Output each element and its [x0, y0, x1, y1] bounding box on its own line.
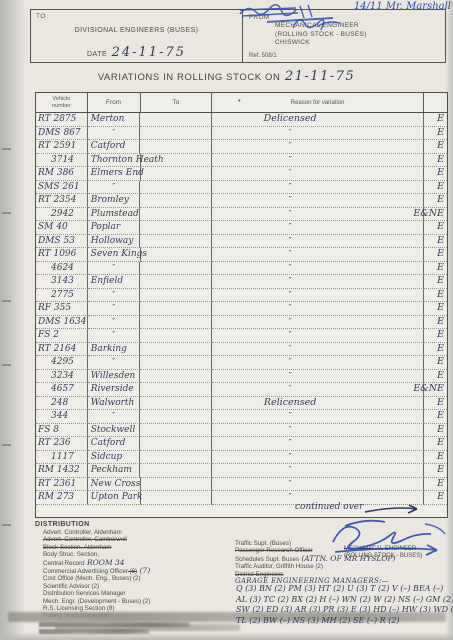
table-header-row: Vehicle number From To • Reason for vari…: [36, 93, 447, 113]
to-garage: [140, 221, 212, 235]
to-garage: [140, 208, 212, 222]
reason-for-variation: ″: [212, 316, 424, 330]
vehicle-number: RM 1432: [36, 464, 88, 478]
table-row: RF 355″″E: [36, 302, 447, 316]
date-row: DATE 24-11-75: [31, 43, 242, 61]
variation-code: E&NE: [424, 383, 447, 397]
distribution-item: Mech. Engr. (Development - Buses) (2): [35, 598, 235, 605]
table-row: DMS 53Holloway″E: [36, 235, 447, 249]
from-garage: New Cross: [88, 478, 141, 492]
from-garage: Barking: [88, 343, 141, 357]
from-garage: Upton Park: [88, 491, 141, 505]
variation-code: E: [424, 424, 447, 438]
to-garage: [140, 140, 212, 154]
vehicle-number: FS 2: [36, 329, 88, 343]
to-garage: [141, 478, 213, 492]
variation-code: E: [424, 343, 447, 357]
from-garage: Walworth: [88, 397, 141, 411]
reason-for-variation: ″: [212, 343, 424, 357]
table-row: 3143Enfield″E: [36, 275, 447, 289]
to-garage: [140, 194, 212, 208]
vehicle-number: SM 40: [36, 221, 88, 235]
distribution-item: Advert. Controller, Aldenham: [35, 529, 235, 536]
reason-for-variation: ″: [212, 383, 424, 397]
variation-code: E: [424, 127, 447, 141]
reason-for-variation: ″: [212, 478, 424, 492]
variation-code: E: [424, 478, 447, 492]
reason-for-variation: ″: [212, 275, 424, 289]
table-row: RT 236Catford″E: [36, 437, 447, 451]
reason-for-variation: ″: [212, 248, 424, 262]
variation-code: E: [424, 289, 447, 303]
variation-code: E: [424, 356, 447, 370]
from-garage: Elmers End: [88, 167, 141, 181]
vehicle-number: RT 2361: [36, 478, 88, 492]
reason-for-variation: ″: [212, 127, 424, 141]
reason-for-variation: ″: [212, 356, 424, 370]
from-garage: ″: [88, 356, 141, 370]
binding-mark: [2, 524, 11, 526]
from-garage: Catford: [88, 437, 141, 451]
distribution-item: Scientific Advisor (2): [35, 583, 235, 590]
distribution-item: Body Struc. Section,: [35, 551, 235, 558]
reason-for-variation: ″: [212, 140, 424, 154]
variation-code: E: [424, 221, 447, 235]
from-line3: CHISWICK: [275, 39, 367, 48]
variation-code: E: [424, 329, 447, 343]
to-garage: [140, 275, 212, 289]
to-garage: [140, 424, 212, 438]
variation-code: E: [424, 410, 447, 424]
table-row: 3714Thornton Heath″E: [36, 154, 447, 168]
ink-scribble-top: [238, 2, 328, 22]
to-garage: [140, 397, 212, 411]
top-annotation: 14/11 Mr. Marshall: [238, 0, 453, 30]
distribution-item: Cost Office (Mech. Eng., Buses) (2): [35, 575, 235, 582]
reason-for-variation: ″: [212, 194, 424, 208]
reason-for-variation: ″: [212, 437, 424, 451]
variation-code: E: [424, 316, 447, 330]
vehicle-number: 1117: [36, 451, 88, 465]
header-bullet-mark: •: [238, 98, 240, 105]
distribution-title: DISTRIBUTION: [35, 521, 235, 528]
to-garage: [140, 181, 212, 195]
reason-for-variation: Relicensed: [212, 397, 424, 411]
from-garage: Holloway: [88, 235, 141, 249]
column-header-code: [424, 93, 447, 112]
to-garage: [140, 316, 212, 330]
variation-code: E: [424, 370, 447, 384]
to-recipient: DIVISIONAL ENGINEERS (BUSES): [31, 27, 242, 34]
from-garage: Catford: [88, 140, 141, 154]
table-row: 2775″″E: [36, 289, 447, 303]
to-garage: [140, 329, 212, 343]
to-garage: [140, 127, 212, 141]
from-garage: Poplar: [88, 221, 141, 235]
from-garage: Enfield: [88, 275, 141, 289]
vehicle-number: 2942: [36, 208, 88, 222]
reason-for-variation: ″: [212, 410, 424, 424]
table-row: 4657Riverside″E&NE: [36, 383, 447, 397]
to-garage: [140, 437, 212, 451]
vehicle-number: DMS 867: [36, 127, 88, 141]
from-garage: Willesden: [88, 370, 141, 384]
garage-code-line: AL (3) TC (2) BX (2) H (–) WN (2) W (2) …: [236, 595, 452, 606]
vehicle-number: 4657: [36, 383, 88, 397]
table-row: SM 40Poplar″E: [36, 221, 447, 235]
vehicle-number: SMS 261: [36, 181, 88, 195]
reason-for-variation: ″: [212, 262, 424, 276]
from-garage: ″: [88, 127, 141, 141]
to-garage: [140, 262, 212, 276]
distribution-item: Central Record ROOM 34: [35, 559, 235, 567]
vehicle-number: 4624: [36, 262, 88, 276]
table-row: RT 2591Catford″E: [36, 140, 447, 154]
table-row: 3234Willesden″E: [36, 370, 447, 384]
continued-over-text: continued over: [295, 502, 363, 512]
table-body: RT 2875MertonDelicensedEDMS 867″″ERT 259…: [36, 113, 447, 518]
distribution-item: Advert. Controller, Camberwell: [35, 536, 235, 543]
reason-for-variation: ″: [212, 181, 424, 195]
reason-for-variation: ″: [212, 329, 424, 343]
from-garage: ″: [88, 410, 141, 424]
vehicle-number: RT 2875: [36, 113, 88, 127]
column-header-reason: • Reason for variation: [212, 93, 424, 112]
binding-mark: [2, 212, 11, 214]
reason-for-variation: ″: [212, 464, 424, 478]
from-garage: Merton: [88, 113, 141, 127]
table-row: RM 386Elmers End″E: [36, 167, 447, 181]
distribution-item: Block Section, Aldenham: [35, 544, 235, 551]
to-garage: [141, 491, 213, 505]
vehicle-number: DMS 53: [36, 235, 88, 249]
variation-code: E: [424, 248, 447, 262]
from-garage: ″: [88, 289, 141, 303]
variation-code: E: [424, 397, 447, 411]
to-garage: [140, 464, 212, 478]
table-row: 2942Plumstead″E&NE: [36, 208, 447, 222]
signature-title-line1: MECHANICAL ENGINEER: [344, 546, 422, 553]
title-date-handwritten: 21-11-75: [285, 69, 355, 84]
from-garage: Bromley: [88, 194, 141, 208]
reason-header-text: Reason for variation: [291, 100, 345, 106]
reason-for-variation: ″: [212, 154, 424, 168]
table-row: 4295″″E: [36, 356, 447, 370]
reason-for-variation: ″: [212, 289, 424, 303]
reference-number: Ref. 508/1: [249, 53, 277, 59]
to-garage: [140, 302, 212, 316]
signature-title-line2: (ROLLING STOCK - BUSES): [344, 553, 422, 560]
variation-code: E: [424, 194, 447, 208]
table-row: DMS 1634″″E: [36, 316, 447, 330]
variation-code: E: [424, 437, 447, 451]
from-garage: Riverside: [88, 383, 141, 397]
variation-code: E: [424, 275, 447, 289]
vehicle-number: DMS 1634: [36, 316, 88, 330]
from-garage: Thornton Heath: [88, 154, 141, 168]
binding-mark: [2, 300, 11, 302]
rolling-stock-table: Vehicle number From To • Reason for vari…: [35, 92, 448, 518]
garage-code-lines: Q (3) BN (2) PM (3) HT (2) U (3) T (2) V…: [236, 584, 452, 626]
vehicle-number: 344: [36, 410, 88, 424]
variation-code: E: [424, 262, 447, 276]
date-label: DATE: [87, 51, 107, 58]
reason-for-variation: ″: [212, 221, 424, 235]
variation-code: E: [424, 235, 447, 249]
table-row: RM 1432Peckham″E: [36, 464, 447, 478]
variation-code: E: [424, 464, 447, 478]
from-garage: ″: [88, 302, 141, 316]
from-garage: ″: [88, 181, 141, 195]
to-garage: [140, 356, 212, 370]
vehicle-number: RT 2591: [36, 140, 88, 154]
vehicle-number: RM 273: [36, 491, 88, 505]
reason-for-variation: ″: [212, 451, 424, 465]
table-row: RT 2875MertonDelicensedE: [36, 113, 447, 127]
document-title: VARIATIONS IN ROLLING STOCK ON 21-11-75: [0, 67, 453, 85]
vehicle-number: RT 236: [36, 437, 88, 451]
table-row: 1117Sidcup″E: [36, 451, 447, 465]
variation-code: E: [424, 154, 447, 168]
column-header-to: To: [141, 93, 213, 112]
to-garage: [140, 370, 212, 384]
from-garage: ″: [88, 329, 141, 343]
vehicle-number: RM 386: [36, 167, 88, 181]
to-garage: [140, 383, 212, 397]
to-garage: [140, 113, 212, 127]
variation-code: E: [424, 181, 447, 195]
scanned-memo-page: TO DIVISIONAL ENGINEERS (BUSES) DATE 24-…: [0, 0, 453, 640]
binding-mark: [2, 364, 11, 366]
vehicle-number: RT 2354: [36, 194, 88, 208]
distribution-item: Commercial Advertising Officer (6) (7): [35, 567, 235, 575]
garage-code-line: TL (2) BW (–) NS (3) MH (2) SE (–) R (2): [236, 616, 452, 627]
from-garage: ″: [88, 316, 141, 330]
variation-code: E: [424, 302, 447, 316]
from-garage: Peckham: [88, 464, 141, 478]
reason-for-variation: ″: [212, 302, 424, 316]
variation-code: E: [424, 491, 447, 505]
vehicle-number: 3714: [36, 154, 88, 168]
table-row: FS 2″″E: [36, 329, 447, 343]
to-garage: [140, 451, 212, 465]
reason-for-variation: Delicensed: [212, 113, 424, 127]
table-row: 344″″E: [36, 410, 447, 424]
top-note-text: 14/11 Mr. Marshall: [354, 1, 451, 12]
signature-printed-title: MECHANICAL ENGINEER (ROLLING STOCK - BUS…: [344, 546, 422, 560]
reason-for-variation: ″: [212, 167, 424, 181]
from-garage: ″: [88, 262, 141, 276]
struck-out-illegible-line: [55, 624, 240, 631]
vehicle-number: RT 1096: [36, 248, 88, 262]
from-garage: Stockwell: [88, 424, 141, 438]
table-row: RT 2354Bromley″E: [36, 194, 447, 208]
from-line2: (ROLLING STOCK - BUSES): [275, 31, 367, 40]
to-garage: [141, 248, 213, 262]
vehicle-number: 3234: [36, 370, 88, 384]
to-garage: [140, 289, 212, 303]
vehicle-header-line2: number: [52, 103, 71, 110]
distribution-item: Distribution Services Manager: [35, 590, 235, 597]
variation-code: E: [424, 113, 447, 127]
table-row: SMS 261″″E: [36, 181, 447, 195]
title-text: VARIATIONS IN ROLLING STOCK ON: [98, 72, 281, 83]
table-row: FS 8Stockwell″E: [36, 424, 447, 438]
vehicle-number: RT 2164: [36, 343, 88, 357]
to-section: TO DIVISIONAL ENGINEERS (BUSES) DATE 24-…: [31, 10, 243, 62]
from-garage: Sidcup: [88, 451, 141, 465]
variation-code: E: [424, 451, 447, 465]
reason-for-variation: ″: [212, 235, 424, 249]
table-row: RT 1096Seven Kings″E: [36, 248, 447, 262]
binding-mark: [2, 444, 11, 446]
vehicle-number: 3143: [36, 275, 88, 289]
vehicle-number: 2775: [36, 289, 88, 303]
table-row: RT 2164Barking″E: [36, 343, 447, 357]
vehicle-number: FS 8: [36, 424, 88, 438]
table-row: RM 273Upton Park″E: [36, 491, 447, 505]
reason-for-variation: ″: [212, 424, 424, 438]
page-left-edge: [0, 0, 26, 640]
from-garage: Plumstead: [88, 208, 141, 222]
variation-code: E&NE: [424, 208, 447, 222]
vehicle-number: 248: [36, 397, 88, 411]
to-garage: [140, 235, 212, 249]
table-row-empty: [36, 505, 447, 519]
reason-for-variation: ″: [212, 208, 424, 222]
garage-code-line: SW (2) ED (3) AR (3) PR (3) E (3) HD (–)…: [236, 605, 452, 616]
from-garage: Seven Kings: [88, 248, 141, 262]
column-header-from: From: [88, 93, 141, 112]
vehicle-number: RF 355: [36, 302, 88, 316]
variation-code: E: [424, 167, 447, 181]
table-row: RT 2361New Cross″E: [36, 478, 447, 492]
table-row: 248WalworthRelicensedE: [36, 397, 447, 411]
distribution-item: Traffic Auditor, Griffith House (2): [235, 563, 450, 570]
variation-code: E: [424, 140, 447, 154]
table-row: DMS 867″″E: [36, 127, 447, 141]
reason-for-variation: ″: [212, 370, 424, 384]
continued-over-note: continued over: [295, 502, 363, 512]
column-header-vehicle: Vehicle number: [36, 93, 88, 112]
table-row: 4624″″E: [36, 262, 447, 276]
vehicle-number: 4295: [36, 356, 88, 370]
to-garage: [140, 343, 212, 357]
to-garage: [140, 410, 212, 424]
binding-mark: [2, 148, 11, 150]
to-label: TO: [36, 13, 46, 20]
date-value-handwritten: 24-11-75: [112, 45, 186, 60]
garage-code-line: Q (3) BN (2) PM (3) HT (2) U (3) T (2) V…: [236, 584, 452, 595]
to-garage: [141, 167, 213, 181]
